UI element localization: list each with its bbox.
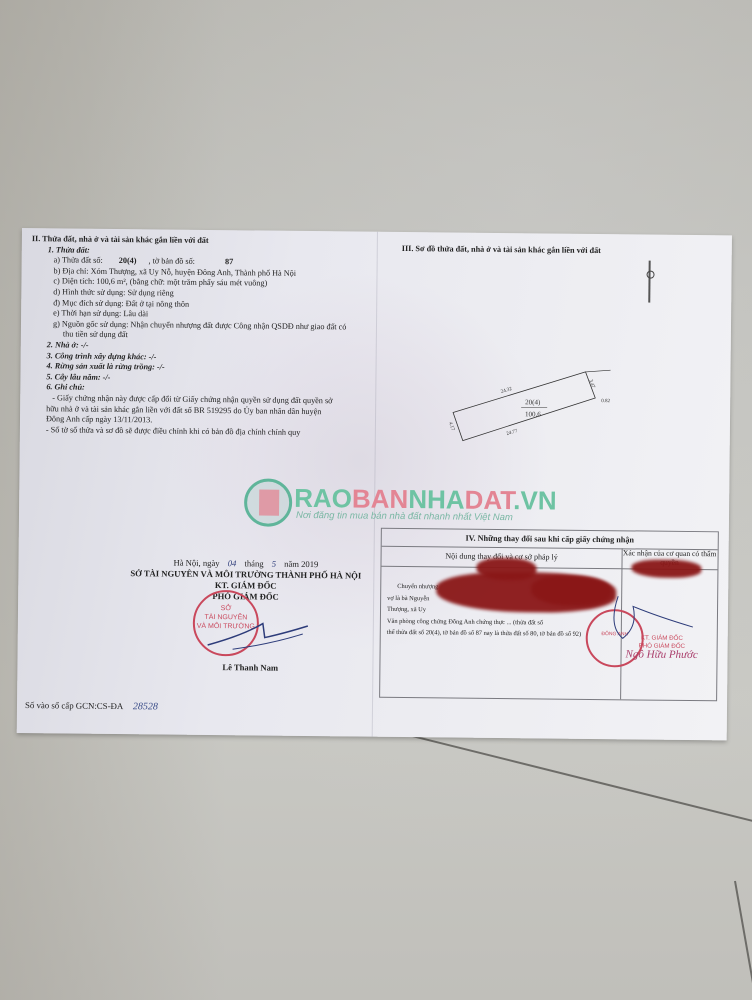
- plot-label: 20(4): [525, 398, 541, 406]
- dim-bottom: 24.77: [506, 429, 519, 437]
- dim-right: 3.47: [588, 379, 596, 389]
- map-sheet-number: 87: [225, 257, 233, 266]
- registration-serial: Số vào sổ cấp GCN:CS-ĐA 28528: [25, 700, 158, 712]
- note-2: - Số tờ số thửa và sơ đồ sẽ được điều ch…: [30, 425, 345, 439]
- logo-icon: [244, 478, 293, 527]
- signature-scribble-icon: [203, 615, 313, 656]
- issuer-name: Lê Thanh Nam: [222, 662, 278, 673]
- confirmation-signature-block: KT. GIÁM ĐỐC PHÓ GIÁM ĐỐC Ngô Hữu Phước: [626, 634, 699, 659]
- north-arrow-icon: [648, 261, 650, 303]
- redaction-mark: [476, 558, 536, 581]
- logo-tagline: Nơi đăng tin mua bán nhà đất nhanh nhất …: [296, 510, 513, 523]
- redaction-mark: [631, 559, 701, 578]
- section-3-title: III. Sơ đồ thửa đất, nhà ở và tài sản kh…: [402, 244, 601, 257]
- dim-right-offset: 0.82: [601, 399, 610, 404]
- confirmation-signer: Ngô Hữu Phước: [626, 650, 698, 659]
- certificate-page: II. Thửa đất, nhà ở và tài sản khác gắn …: [17, 228, 732, 740]
- dim-top: 24.32: [500, 387, 513, 395]
- parcel-number: 20(4): [119, 256, 137, 265]
- plot-area: 100.6: [525, 410, 541, 418]
- dim-left: 4.17: [447, 421, 455, 431]
- parcel-diagram: 24.32 24.77 3.47 0.82 4.17 20(4) 100.6: [445, 360, 646, 452]
- section-2: II. Thửa đất, nhà ở và tài sản khác gắn …: [30, 234, 347, 439]
- serial-number: 28528: [133, 701, 158, 712]
